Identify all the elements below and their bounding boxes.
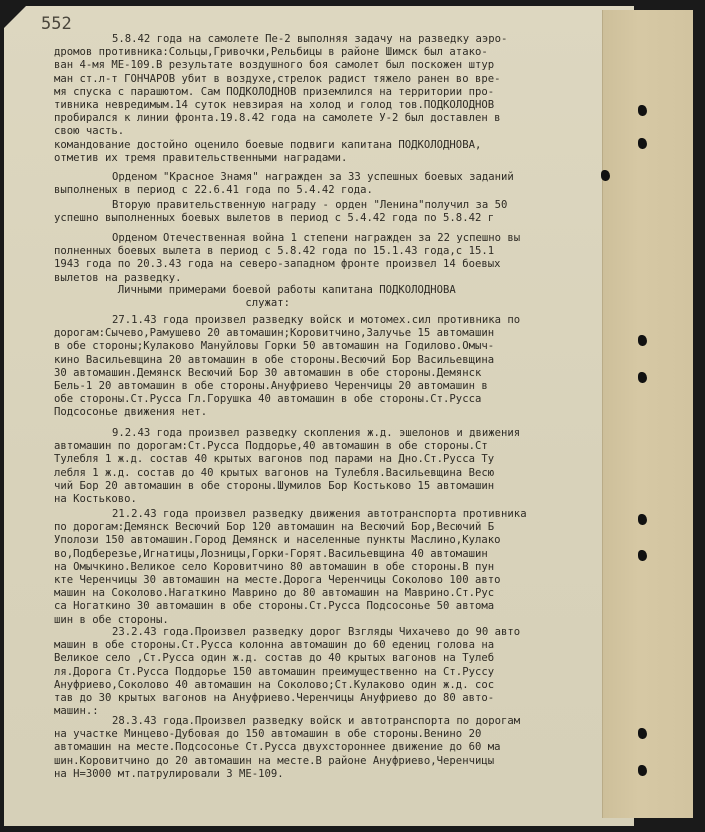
- paragraph: 28.3.43 года.Произвел разведку войск и а…: [54, 715, 614, 781]
- text-line: служат:: [54, 297, 614, 310]
- text-line: Орденом "Красное Знамя" награжден за 33 …: [54, 171, 614, 184]
- paragraph: Вторую правительственную награду - орден…: [54, 199, 614, 225]
- text-line: Бель-1 20 автомашин в обе стороны.Ануфри…: [54, 380, 614, 393]
- binding-hole-icon: [638, 550, 647, 561]
- text-line: Тулебля 1 ж.д. состав 40 крытых вагонов …: [54, 453, 614, 466]
- binding-hole-icon: [638, 765, 647, 776]
- paragraph: 21.2.43 года произвел разведку движения …: [54, 508, 614, 627]
- paragraph: Орденом Отечественная война 1 степени на…: [54, 232, 614, 285]
- text-line: на Костьково.: [54, 493, 614, 506]
- binding-hole-icon: [638, 105, 647, 116]
- text-line: Ануфриево,Соколово 40 автомашин на Сокол…: [54, 679, 614, 692]
- text-line: 9.2.43 года произвел разведку скопления …: [54, 427, 614, 440]
- document-page: 552 5.8.42 года на самолете Пе-2 выполня…: [4, 6, 634, 826]
- text-line: тав до 30 крытых вагонов на Ануфриево.Че…: [54, 692, 614, 705]
- binding-hole-icon: [638, 514, 647, 525]
- text-line: командование достойно оценило боевые под…: [54, 139, 614, 152]
- text-line: шин.Коровитчино до 20 автомашин на месте…: [54, 755, 614, 768]
- text-line: свою часть.: [54, 125, 614, 138]
- text-line: дорогам:Сычево,Рамушево 20 автомашин;Кор…: [54, 327, 614, 340]
- text-line: 5.8.42 года на самолете Пе-2 выполняя за…: [54, 33, 614, 46]
- paragraph: 9.2.43 года произвел разведку скопления …: [54, 427, 614, 506]
- text-line: Вторую правительственную награду - орден…: [54, 199, 614, 212]
- text-line: 23.2.43 года.Произвел разведку дорог Взг…: [54, 626, 614, 639]
- text-line: 28.3.43 года.Произвел разведку войск и а…: [54, 715, 614, 728]
- binding-hole-icon: [638, 372, 647, 383]
- text-line: чий Бор 20 автомашин в обе стороны.Шумил…: [54, 480, 614, 493]
- paragraph: 5.8.42 года на самолете Пе-2 выполняя за…: [54, 33, 614, 139]
- paragraph: командование достойно оценило боевые под…: [54, 139, 614, 165]
- binding-hole-icon: [601, 170, 610, 181]
- text-line: по дорогам:Демянск Весючий Бор 120 автом…: [54, 521, 614, 534]
- text-line: машин на Соколово.Нагаткино Маврино до 8…: [54, 587, 614, 600]
- paragraph: Орденом "Красное Знамя" награжден за 33 …: [54, 171, 614, 197]
- text-line: машин в обе стороны.Ст.Русса колонна авт…: [54, 639, 614, 652]
- text-line: отметив их тремя правительственными нагр…: [54, 152, 614, 165]
- text-line: лебля 1 ж.д. состав до 40 крытых вагонов…: [54, 467, 614, 480]
- text-line: Великое село ,Ст.Русса один ж.д. состав …: [54, 652, 614, 665]
- page-corner-fold: [4, 6, 26, 28]
- text-line: Подсосонье движения нет.: [54, 406, 614, 419]
- text-line: на Омычкино.Великое село Коровитчино 80 …: [54, 561, 614, 574]
- text-line: автомашин на месте.Подсосонье Ст.Русса д…: [54, 741, 614, 754]
- text-line: 30 автомашин.Демянск Весючий Бор 30 авто…: [54, 367, 614, 380]
- text-line: 21.2.43 года произвел разведку движения …: [54, 508, 614, 521]
- text-line: вылетов на разведку.: [54, 272, 614, 285]
- text-line: успешно выполненных боевых вылетов в пер…: [54, 212, 614, 225]
- text-line: Личными примерами боевой работы капитана…: [54, 284, 614, 297]
- text-line: шин в обе стороны.: [54, 614, 614, 627]
- text-line: Уполози 150 автомашин.Город Демянск и на…: [54, 534, 614, 547]
- text-line: 1943 года по 20.3.43 года на северо-запа…: [54, 258, 614, 271]
- text-line: тивника невредимым.14 суток невзирая на …: [54, 99, 614, 112]
- binding-hole-icon: [638, 138, 647, 149]
- text-line: на участке Минцево-Дубовая до 150 автома…: [54, 728, 614, 741]
- text-line: ля.Дорога Ст.Русса Поддорье 150 автомаши…: [54, 666, 614, 679]
- text-line: кино Васильевщина 20 автомашин в обе сто…: [54, 354, 614, 367]
- text-line: на Н=3000 мт.патрулировали 3 МЕ-109.: [54, 768, 614, 781]
- text-line: са Ногаткино 30 автомашин в обе стороны.…: [54, 600, 614, 613]
- binding-hole-icon: [638, 728, 647, 739]
- text-line: мя спуска с парашютом. Сам ПОДКОЛОДНОВ п…: [54, 86, 614, 99]
- paragraph: 27.1.43 года произвел разведку войск и м…: [54, 314, 614, 420]
- paper-flap: [602, 10, 693, 818]
- text-line: автомашин по дорогам:Ст.Русса Поддорье,4…: [54, 440, 614, 453]
- text-line: Орденом Отечественная война 1 степени на…: [54, 232, 614, 245]
- text-line: в обе стороны;Кулаково Мануйловы Горки 5…: [54, 340, 614, 353]
- paragraph: 23.2.43 года.Произвел разведку дорог Взг…: [54, 626, 614, 718]
- text-line: 27.1.43 года произвел разведку войск и м…: [54, 314, 614, 327]
- text-line: во,Подберезье,Игнатицы,Лозницы,Горки-Гор…: [54, 548, 614, 561]
- text-line: полненных боевых вылета в период с 5.8.4…: [54, 245, 614, 258]
- text-line: выполненых в период с 22.6.41 года по 5.…: [54, 184, 614, 197]
- text-line: ман ст.л-т ГОНЧАРОВ убит в воздухе,стрел…: [54, 73, 614, 86]
- text-line: дромов противника:Сольцы,Гривочки,Рельби…: [54, 46, 614, 59]
- text-line: кте Черенчицы 30 автомашин на месте.Доро…: [54, 574, 614, 587]
- paragraph: Личными примерами боевой работы капитана…: [54, 284, 614, 310]
- binding-hole-icon: [638, 335, 647, 346]
- text-line: обе стороны.Ст.Русса Гл.Горушка 40 автом…: [54, 393, 614, 406]
- page-number: 552: [41, 14, 72, 34]
- text-line: пробирался к линии фронта.19.8.42 года н…: [54, 112, 614, 125]
- text-line: ван 4-мя МЕ-109.В результате воздушного …: [54, 59, 614, 72]
